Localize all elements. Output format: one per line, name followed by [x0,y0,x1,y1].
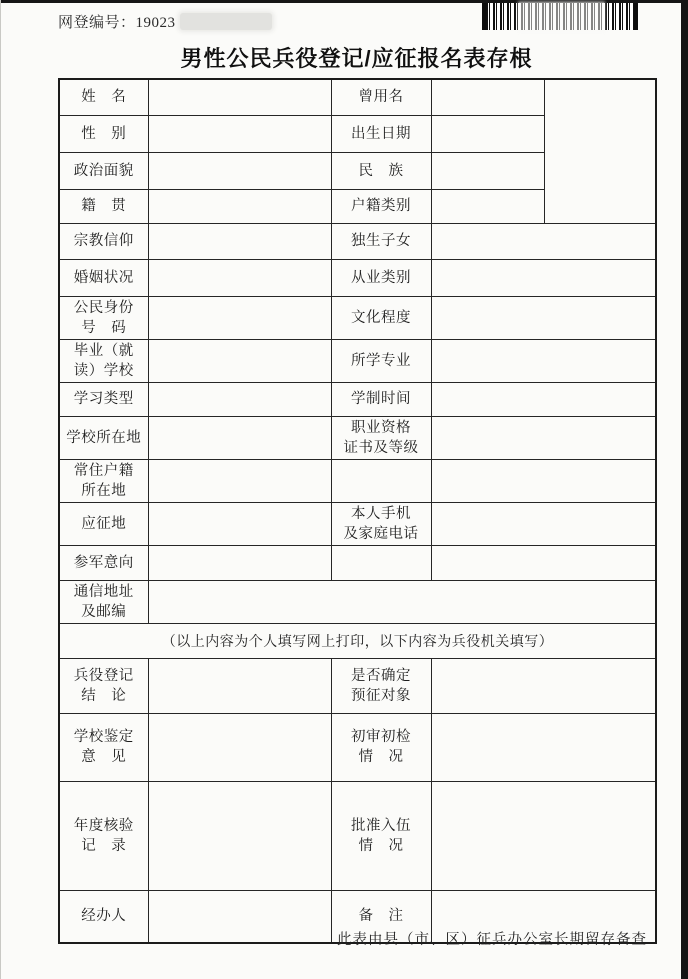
table-row: 应征地 本人手机 及家庭电话 [59,502,656,545]
field-value-annual-verification [148,781,331,890]
empty-label-cell [331,545,431,580]
field-label-school: 毕业（就 读）学校 [59,339,148,382]
field-label-pre-enlistment-confirmed: 是否确定 预征对象 [331,658,431,713]
table-row: 婚姻状况 从业类别 [59,259,656,296]
retention-note: 此表由县（市、区）征兵办公室长期留存备查 [58,928,647,949]
photo-box [544,79,656,223]
field-value-religion [148,223,331,259]
table-row: 宗教信仰 独生子女 [59,223,656,259]
field-value-schooling-period [431,382,656,416]
page-title: 男性公民兵役登记/应征报名表存根 [58,42,655,73]
field-value-vocational-cert [431,416,656,459]
field-label-phone: 本人手机 及家庭电话 [331,502,431,545]
field-value-birth-date [431,115,544,152]
redaction-blur [180,13,272,30]
registration-number-value: 19023 [136,15,176,31]
table-row: 通信地址 及邮编 [59,580,656,623]
field-label-occupation-type: 从业类别 [331,259,431,296]
field-value-study-type [148,382,331,416]
section-divider-row: （以上内容为个人填写网上打印，以下内容为兵役机关填写） [59,623,656,658]
field-value-marital-status [148,259,331,296]
field-label-political-status: 政治面貌 [59,152,148,189]
field-label-registered-residence: 常住户籍 所在地 [59,459,148,502]
field-label-mailing-address: 通信地址 及邮编 [59,580,148,623]
field-label-religion: 宗教信仰 [59,223,148,259]
field-value-native-place [148,189,331,223]
section-note: （以上内容为个人填写网上打印，以下内容为兵役机关填写） [59,623,656,658]
field-value-former-name [431,79,544,115]
field-value-political-status [148,152,331,189]
registration-number: 网登编号：19023 [58,11,272,32]
field-value-education-level [431,296,656,339]
field-value-service-registration-conclusion [148,658,331,713]
barcode-redaction-blur [519,2,605,31]
table-row: 毕业（就 读）学校 所学专业 [59,339,656,382]
field-value-only-child [431,223,656,259]
field-label-enlistment-place: 应征地 [59,502,148,545]
field-label-school-location: 学校所在地 [59,416,148,459]
field-label-name: 姓 名 [59,79,148,115]
field-label-marital-status: 婚姻状况 [59,259,148,296]
table-row: 兵役登记 结 论 是否确定 预征对象 [59,658,656,713]
field-value-pre-enlistment-confirmed [431,658,656,713]
field-value-gender [148,115,331,152]
field-value-household-type [431,189,544,223]
field-label-school-appraisal: 学校鉴定 意 见 [59,713,148,781]
field-label-schooling-period: 学制时间 [331,382,431,416]
field-label-enlistment-approval: 批准入伍 情 况 [331,781,431,890]
field-label-birth-date: 出生日期 [331,115,431,152]
field-value-major [431,339,656,382]
field-label-citizen-id: 公民身份 号 码 [59,296,148,339]
field-value-school-location [148,416,331,459]
barcode-icon [482,3,638,30]
field-value-ethnicity [431,152,544,189]
field-value-preliminary-check [431,713,656,781]
field-label-service-registration-conclusion: 兵役登记 结 论 [59,658,148,713]
empty-value-cell [431,459,656,502]
table-row: 学校所在地 职业资格 证书及等级 [59,416,656,459]
field-value-school-appraisal [148,713,331,781]
field-value-occupation-type [431,259,656,296]
field-value-mailing-address [148,580,656,623]
field-value-enlistment-approval [431,781,656,890]
table-row: 常住户籍 所在地 [59,459,656,502]
field-label-education-level: 文化程度 [331,296,431,339]
field-label-former-name: 曾用名 [331,79,431,115]
field-value-enlistment-place [148,502,331,545]
field-value-phone [431,502,656,545]
table-row: 公民身份 号 码 文化程度 [59,296,656,339]
field-label-annual-verification: 年度核验 记 录 [59,781,148,890]
field-label-vocational-cert: 职业资格 证书及等级 [331,416,431,459]
field-value-registered-residence [148,459,331,502]
field-label-enlistment-intention: 参军意向 [59,545,148,580]
field-value-school [148,339,331,382]
table-row: 参军意向 [59,545,656,580]
field-value-citizen-id [148,296,331,339]
field-label-native-place: 籍 贯 [59,189,148,223]
table-row: 年度核验 记 录 批准入伍 情 况 [59,781,656,890]
field-label-gender: 性 别 [59,115,148,152]
field-label-preliminary-check: 初审初检 情 况 [331,713,431,781]
empty-label-cell [331,459,431,502]
scan-edge-right [681,0,688,979]
field-label-major: 所学专业 [331,339,431,382]
field-value-name [148,79,331,115]
field-label-household-type: 户籍类别 [331,189,431,223]
field-label-only-child: 独生子女 [331,223,431,259]
field-value-enlistment-intention [148,545,331,580]
empty-value-cell [431,545,656,580]
table-row: 学习类型 学制时间 [59,382,656,416]
scan-edge-left [0,0,1,979]
table-row: 姓 名 曾用名 [59,79,656,115]
registration-form-table: 姓 名 曾用名 性 别 出生日期 政治面貌 民 族 籍 贯 户籍类别 宗教信仰 … [58,78,657,944]
registration-number-label: 网登编号： [58,15,136,31]
field-label-study-type: 学习类型 [59,382,148,416]
table-row: 学校鉴定 意 见 初审初检 情 况 [59,713,656,781]
field-label-ethnicity: 民 族 [331,152,431,189]
